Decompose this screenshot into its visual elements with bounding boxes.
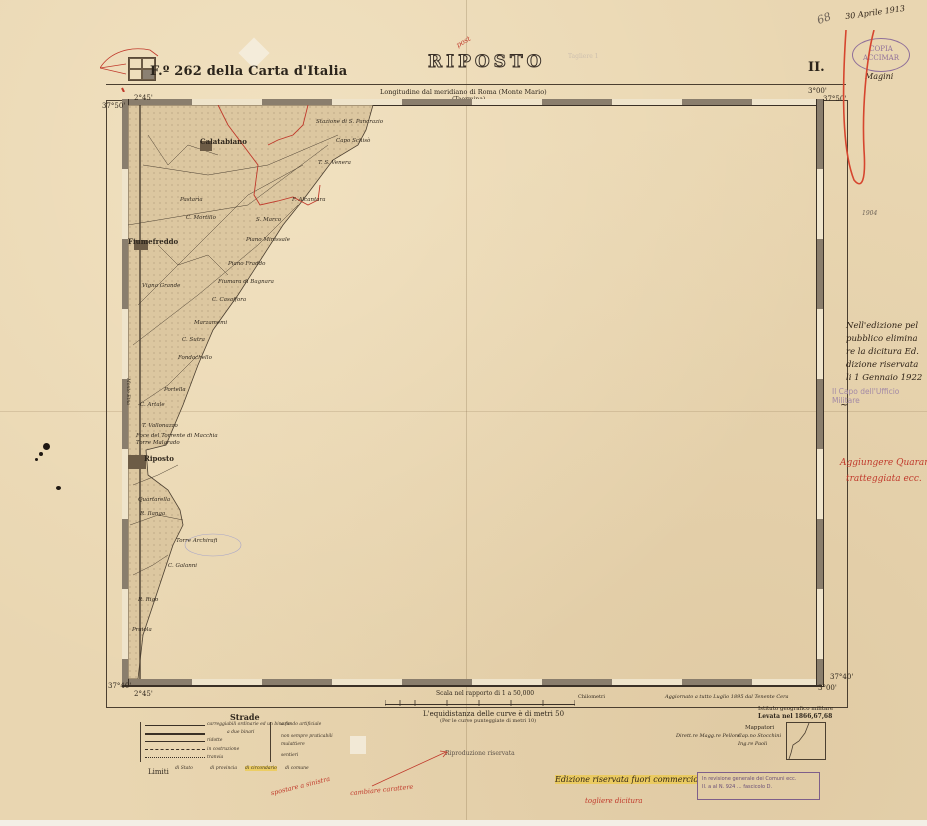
map-label: Pastarìa [180,197,203,203]
scale-title: Scala nel rapporto di 1 a 50,000 [436,690,534,697]
map-label-town: Fiumefreddo [128,237,178,246]
map-label: T. Vallonazzo [142,423,178,429]
legend-road: a due binari [227,730,254,735]
red-note-remove-caption: togliere dicitura [585,797,643,805]
map-label: Foce del Torrente di Macchia [136,433,218,439]
map-label: Praiola [132,627,152,633]
legend-roads-group-1: carreggiabili ordinarie ed un binario a … [140,722,251,762]
legend-limit: di circondario [245,766,277,771]
revision-stamp: In revisione generale dei Comuni ecc. II… [697,772,820,800]
director: Dirett.re Magg.re Pellone [676,733,741,739]
note-line: Aggiungere Quarantina [840,455,927,471]
red-note-shift-left: spostare a sinistra [270,775,331,797]
map-label: Vigna Grande [142,283,180,289]
faded-stamp: Tagliere 1 [568,53,599,60]
note-line: pubblico elimina [846,333,922,346]
header-rule [106,84,846,85]
legend-limit: di comune [285,766,309,771]
mappers-title: Mappatori [745,725,774,731]
note-line: tratteggiata ecc. [840,471,927,487]
red-mark-top: post [455,35,472,49]
graduation-right [816,99,823,685]
legend-road: a fondo artificiale [281,722,321,727]
legend-road: in costruzione [207,747,239,752]
map-label: Fondachello [178,355,212,361]
red-pencil-stroke [840,30,880,190]
map-label: Marzamemi [194,320,227,326]
map-sheet: F.º 262 della Carta d'Italia RIPOSTO Tag… [0,0,927,820]
map-label: S. Marco [256,217,281,223]
coord-bottom-left-lat: 37°40' [108,682,131,690]
map-label: Fiumara di Bagnara [218,279,274,285]
contour-subnote: (Per le curve punteggiate di metri 10) [440,718,536,724]
revision-stamp-line: In revisione generale dei Comuni ecc. [698,773,819,782]
ink-blot [35,458,38,461]
mapper-name: Cap.no Stocchini [738,733,781,739]
legend-roads-group-2: a fondo artificiale mulattiere non sempr… [270,722,331,762]
highlighted-note: Edizione riservata fuori commercio [555,775,698,784]
map-title: RIPOSTO [428,52,545,72]
mapper-name: Ing.re Paoli [738,741,767,747]
revision-stamp-line: II. a al N. 924 ... fascicolo D. [698,782,819,790]
map-label: R. Ilanga [140,511,165,517]
ink-blot [39,452,43,456]
legend-road: non sempre praticabili [281,734,333,739]
note-line: li 1 Gennaio 1922 [846,372,922,385]
longitude-title: Longitudine dal meridiano di Roma (Monte… [380,88,547,96]
map-label: C. Galanni [168,563,197,569]
graduation-bottom [122,679,822,686]
legend-road: sentieri [281,753,298,758]
map-label: Quartarella [138,497,170,503]
note-line: re la dicitura Ed. [846,346,922,359]
ink-blot [56,486,61,490]
legend-road: mulattiere [281,742,305,747]
note-line: Nell'edizione pel [846,320,922,333]
legend-road: tranvia [207,755,223,760]
map-label: F. Alcantara [292,197,326,203]
tape-remnant [350,736,366,754]
update-note: Aggiornato a tutto Luglio 1895 dal Tenen… [665,694,788,700]
map-label: Torre Archirafi [176,538,217,544]
legend-roads-title: Strade [230,712,260,722]
pencil-note: 1904 [862,210,877,217]
sheet-number: F.º 262 della Carta d'Italia [150,64,347,79]
inset-locator-map [786,722,826,760]
coord-top-right-lon: 3°00' [808,87,827,95]
reproduction-notice: Riproduzione riservata [445,750,515,757]
red-arrow [370,748,450,788]
survey-year: Levata nel 1866,67,68 [758,713,832,720]
red-index-sketch [100,42,170,92]
map-label: Capo Schisò [336,138,370,144]
coord-bottom-left-lon: 2°45' [134,690,153,698]
office-signature: ~ [840,400,848,411]
map-label: Piano Fraddo [228,261,265,267]
handwritten-note-red: Aggiungere Quarantina tratteggiata ecc. [840,455,927,487]
handwritten-date: 30 Aprile 1913 [845,4,906,21]
coord-top-left-lon: 2°45' [134,94,153,102]
coord-top-left-lat: 37°50' [102,102,125,110]
coord-bottom-right-lat: 37°40' [830,673,853,681]
map-label: Stazione di S. Pancrazio [316,119,383,125]
map-label-town: Calatabiano [200,137,247,146]
map-label-town: Riposto [144,454,174,463]
contour-interval: L'equidistanza delle curve è di metri 50 [423,710,564,718]
map-label: C. Casaffora [212,297,246,303]
handwritten-number: 68 [815,10,833,27]
map-label: Portella [164,387,186,393]
legend-road: ridotte [207,738,222,743]
quadrant-label: II. [808,60,825,75]
map-label: C. Artale [140,402,165,408]
map-area[interactable]: Calatabiano Fiumefreddo Riposto Stazione… [128,105,816,679]
map-label: Torre Malgrado [136,440,180,446]
legend-limit: di Stato [175,766,193,771]
note-line: dizione riservata [846,359,922,372]
coastline-drawing [128,105,816,679]
scale-bar [385,700,575,705]
map-label: C. Mortillo [186,215,216,221]
handwritten-note-black: Nell'edizione pel pubblico elimina re la… [846,320,922,385]
institute: Istituto geografico militare [758,706,833,712]
map-label: C. Sutra [182,337,205,343]
legend-limits-title: Limiti [148,768,169,776]
map-label: T. S. Venera [318,160,351,166]
map-label: Piano Minissale [246,237,290,243]
legend-limit: di provincia [210,766,237,771]
map-label: R. Rigo [138,597,158,603]
scale-unit: Chilometri [578,694,605,700]
map-label: Monte Etna [125,378,130,405]
coord-bottom-right-lon: 3°00' [818,684,837,692]
ink-blot [43,443,50,450]
